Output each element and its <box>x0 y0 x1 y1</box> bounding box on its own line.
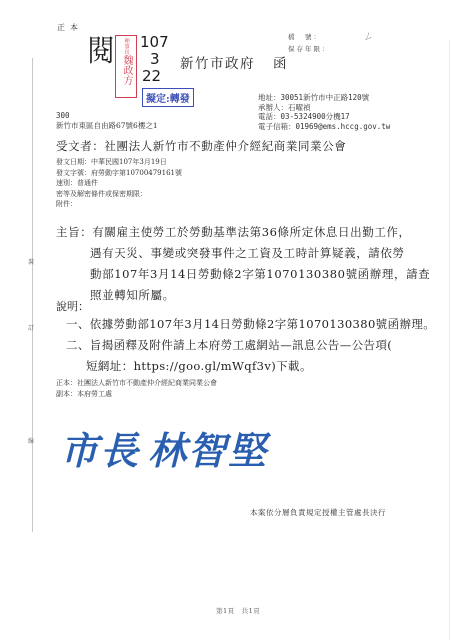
mayor-signature: 市長林智堅 <box>60 420 268 475</box>
approval-blue-stamp: 擬定:轉發 <box>142 88 194 107</box>
recipient: 受文者：社團法人新竹市不動產仲介經紀商業同業公會 <box>56 138 346 154</box>
subject-line: 主旨：有關雇主使勞工於勞動基準法第36條所定休息日出勤工作， <box>56 222 430 243</box>
attachments: 附件： <box>56 199 182 210</box>
agency-name: 新竹市政府 <box>180 56 255 72</box>
subject: 主旨：有關雇主使勞工於勞動基準法第36條所定休息日出勤工作， 遇有天災、事變或突… <box>56 222 430 306</box>
stamp-name: 魏政方 <box>120 55 132 85</box>
subject-line: 照並轉知所屬。 <box>56 285 430 306</box>
issue-date: 發文日期：中華民國107年3月19日 <box>56 157 182 168</box>
file-number-label: 檔 號： <box>288 32 322 41</box>
explanation-item-cont: 短網址：https://goo.gl/mWqf3v)下載。 <box>66 356 435 377</box>
retention-label: 保存年限： <box>288 44 331 53</box>
sender-address: 地址：30051新竹市中正路120號 <box>258 93 390 103</box>
sender-handler: 承辦人：石曜禎 <box>258 103 390 113</box>
sender-phone: 電話：03-5324900分機17 <box>258 112 390 122</box>
subject-line: 動部107年3月14日勞動條2字第1070130380號函辦理，請查 <box>56 264 430 285</box>
chairman-red-stamp: 理事長 魏政方 <box>115 35 137 98</box>
sender-info: 地址：30051新竹市中正路120號 承辦人：石曜禎 電話：03-5324900… <box>258 93 390 131</box>
page-number: 第1頁 共1頁 <box>216 606 260 615</box>
scribble-mark: ㄥ <box>360 27 375 45</box>
document-meta: 發文日期：中華民國107年3月19日 發文字號：府勞動字第10700479161… <box>56 157 182 210</box>
recipient-address: 新竹市東區自由路67號6樓之1 <box>56 120 158 131</box>
explanation-list: 一、依據勞動部107年3月14日勞動條2字第1070130380號函辦理。 二、… <box>66 314 435 377</box>
binding-line <box>32 58 33 532</box>
delivery-speed: 速別：普通件 <box>56 178 182 189</box>
mayor-title: 市長 <box>60 428 140 473</box>
handwritten-date: 107 3 22 <box>140 34 169 85</box>
recipient-postal-code: 300 <box>56 111 70 120</box>
explanation-item: 二、旨揭函釋及附件請上本府勞工處網站—訊息公告—公告項( <box>66 335 435 356</box>
copy-label: 正本 <box>57 22 83 33</box>
doc-number: 發文字號：府勞動字第10700479161號 <box>56 168 182 179</box>
original-recipient: 正本：社團法人新竹市不動產仲介經紀商業同業公會 <box>56 378 217 389</box>
delegation-note: 本案依分層負責規定授權主管處長決行 <box>250 507 386 518</box>
explanation-item: 一、依據勞動部107年3月14日勞動條2字第1070130380號函辦理。 <box>66 314 435 335</box>
page-edge <box>449 40 450 640</box>
stamp-title: 理事長 <box>123 38 129 55</box>
sender-email: 電子信箱：01969@ems.hccg.gov.tw <box>258 122 390 132</box>
security-level: 密等及解密條件或保密期限： <box>56 189 182 200</box>
handwritten-month: 3 <box>150 51 179 68</box>
binding-mark-ding: 訂 <box>28 323 34 332</box>
copy-recipient: 副本：本府勞工處 <box>56 389 217 400</box>
subject-line: 遇有天災、事變或突發事件之工資及工時計算疑義，請依勞 <box>56 243 430 264</box>
handwritten-day: 22 <box>142 68 171 85</box>
distribution-list: 正本：社團法人新竹市不動產仲介經紀商業同業公會 副本：本府勞工處 <box>56 378 217 400</box>
binding-mark-zhuang: 裝 <box>28 257 34 266</box>
handwritten-year: 107 <box>140 34 169 51</box>
explanation-heading: 說明： <box>56 298 89 314</box>
handwritten-read-mark: 閱 <box>88 26 115 70</box>
binding-mark-xian: 線 <box>28 436 34 445</box>
doc-type: 函 <box>273 56 288 72</box>
mayor-name: 林智堅 <box>148 428 268 473</box>
agency-title: 新竹市政府函 <box>180 52 288 72</box>
